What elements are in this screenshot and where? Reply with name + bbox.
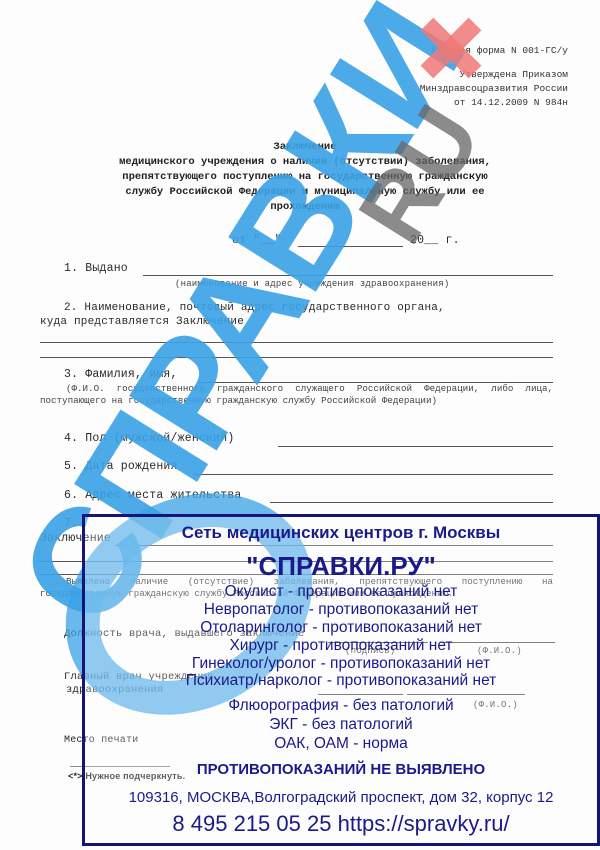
stamp-network: Сеть медицинских центров г. Москвы [85, 523, 597, 543]
document-page: Учетная форма N 001-ГС/у Утверждена Прик… [0, 0, 600, 850]
field-5-line[interactable] [195, 474, 553, 475]
stamp-phone[interactable]: 8 495 215 05 25 [172, 811, 331, 836]
stamp-result: Психиатр/нарколог - противопоказаний нет [85, 672, 597, 690]
stamp-result: Невропатолог - противопоказаний нет [85, 601, 597, 619]
stamp-result: Флюорография - без патологий [85, 697, 597, 715]
stamp-result: Гинеколог/уролог - противопоказаний нет [85, 655, 597, 673]
stamp-result: ЭКГ - без патологий [85, 716, 597, 734]
stamp-final-verdict: ПРОТИВОПОКАЗАНИЙ НЕ ВЫЯВЛЕНО [85, 761, 597, 778]
stamp-result: Окулист - противопоказаний нет [85, 583, 597, 601]
field-4-line[interactable] [278, 446, 553, 447]
stamp-brand: "СПРАВКИ.РУ" [85, 551, 597, 582]
stamp-contacts: 8 495 215 05 25 https://spravky.ru/ [85, 811, 597, 837]
red-cross-icon [420, 18, 480, 78]
clinic-stamp: Сеть медицинских центров г. Москвы "СПРА… [82, 514, 600, 846]
stamp-url[interactable]: https://spravky.ru/ [338, 811, 510, 836]
field-1-label: 1. Выдано [64, 262, 128, 275]
stamp-result: Отоларинголог - противопоказаний нет [85, 619, 597, 637]
stamp-address: 109316, МОСКВА,Волгоградский проспект, д… [85, 789, 597, 806]
field-6-line[interactable] [270, 502, 553, 503]
stamp-result: ОАК, ОАМ - норма [85, 735, 597, 753]
stamp-result: Хирург - противопоказаний нет [85, 637, 597, 655]
